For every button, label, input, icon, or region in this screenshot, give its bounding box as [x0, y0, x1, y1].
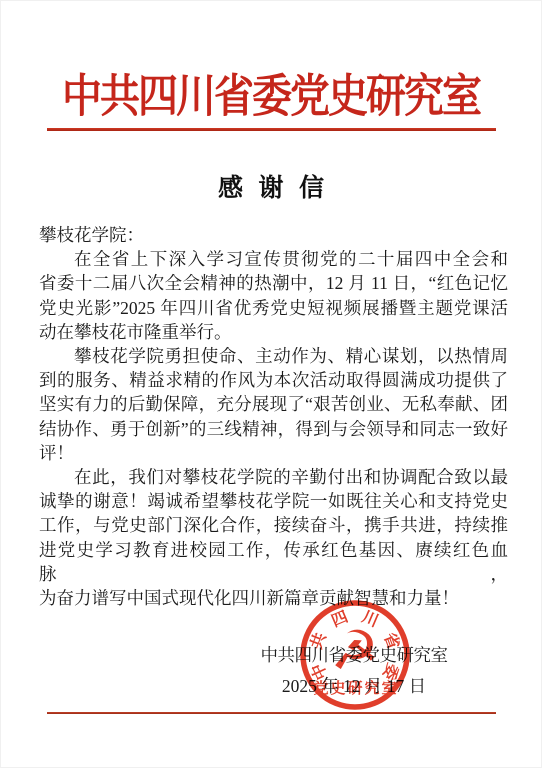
letter-body: 攀枝花学院： 在全省上下深入学习宣传贯彻党的二十届四中全会和 省委十二届八次全会…	[39, 223, 508, 610]
body-line: 为奋力谱写中国式现代化四川新篇章贡献智慧和力量！	[39, 586, 508, 610]
body-line: 党史光影”2025 年四川省优秀党史短视频展播暨主题党课活	[39, 296, 508, 320]
letterhead-title: 中共四川省委党史研究室	[0, 60, 542, 125]
body-line: 在全省上下深入学习宣传贯彻党的二十届四中全会和	[39, 247, 508, 271]
letter-page: 中共四川省委党史研究室 感谢信 攀枝花学院： 在全省上下深入学习宣传贯彻党的二十…	[0, 0, 542, 768]
letter-title: 感谢信	[0, 168, 542, 204]
body-line: 到的服务、精益求精的作风为本次活动取得圆满成功提供了	[39, 368, 508, 392]
body-line: 工作，与党史部门深化合作，接续奋斗，携手共进，持续推	[39, 513, 508, 537]
body-line: 结协作、勇于创新”的三线精神，得到与会领导和同志一致好	[39, 417, 508, 441]
body-line: 在此，我们对攀枝花学院的辛勤付出和协调配合致以最	[39, 465, 508, 489]
body-line: 评！	[39, 441, 508, 465]
body-line: 坚实有力的后勤保障，充分展现了“艰苦创业、无私奉献、团	[39, 392, 508, 416]
seal-ring-char: 四	[329, 608, 351, 631]
signature-block: 中共四川省委党史研究室 2025 年 12 月 17 日	[248, 642, 460, 698]
body-line: 诚挚的谢意！竭诚希望攀枝花学院一如既往关心和支持党史	[39, 489, 508, 513]
body-line: 省委十二届八次全会精神的热潮中，12 月 11 日，“红色记忆	[39, 271, 508, 295]
salutation-line: 攀枝花学院：	[39, 223, 508, 247]
body-line: 攀枝花学院勇担使命、主动作为、精心谋划，以热情周	[39, 344, 508, 368]
footer-rule	[47, 712, 496, 714]
body-line: 进党史学习教育进校园工作，传承红色基因、赓续红色血脉，	[39, 538, 508, 586]
body-line: 动在攀枝花市隆重举行。	[39, 320, 508, 344]
letterhead-rule	[47, 128, 496, 131]
signature-date: 2025 年 12 月 17 日	[248, 673, 460, 698]
seal-ring-char: 川	[359, 608, 381, 631]
signature-name: 中共四川省委党史研究室	[248, 642, 460, 667]
